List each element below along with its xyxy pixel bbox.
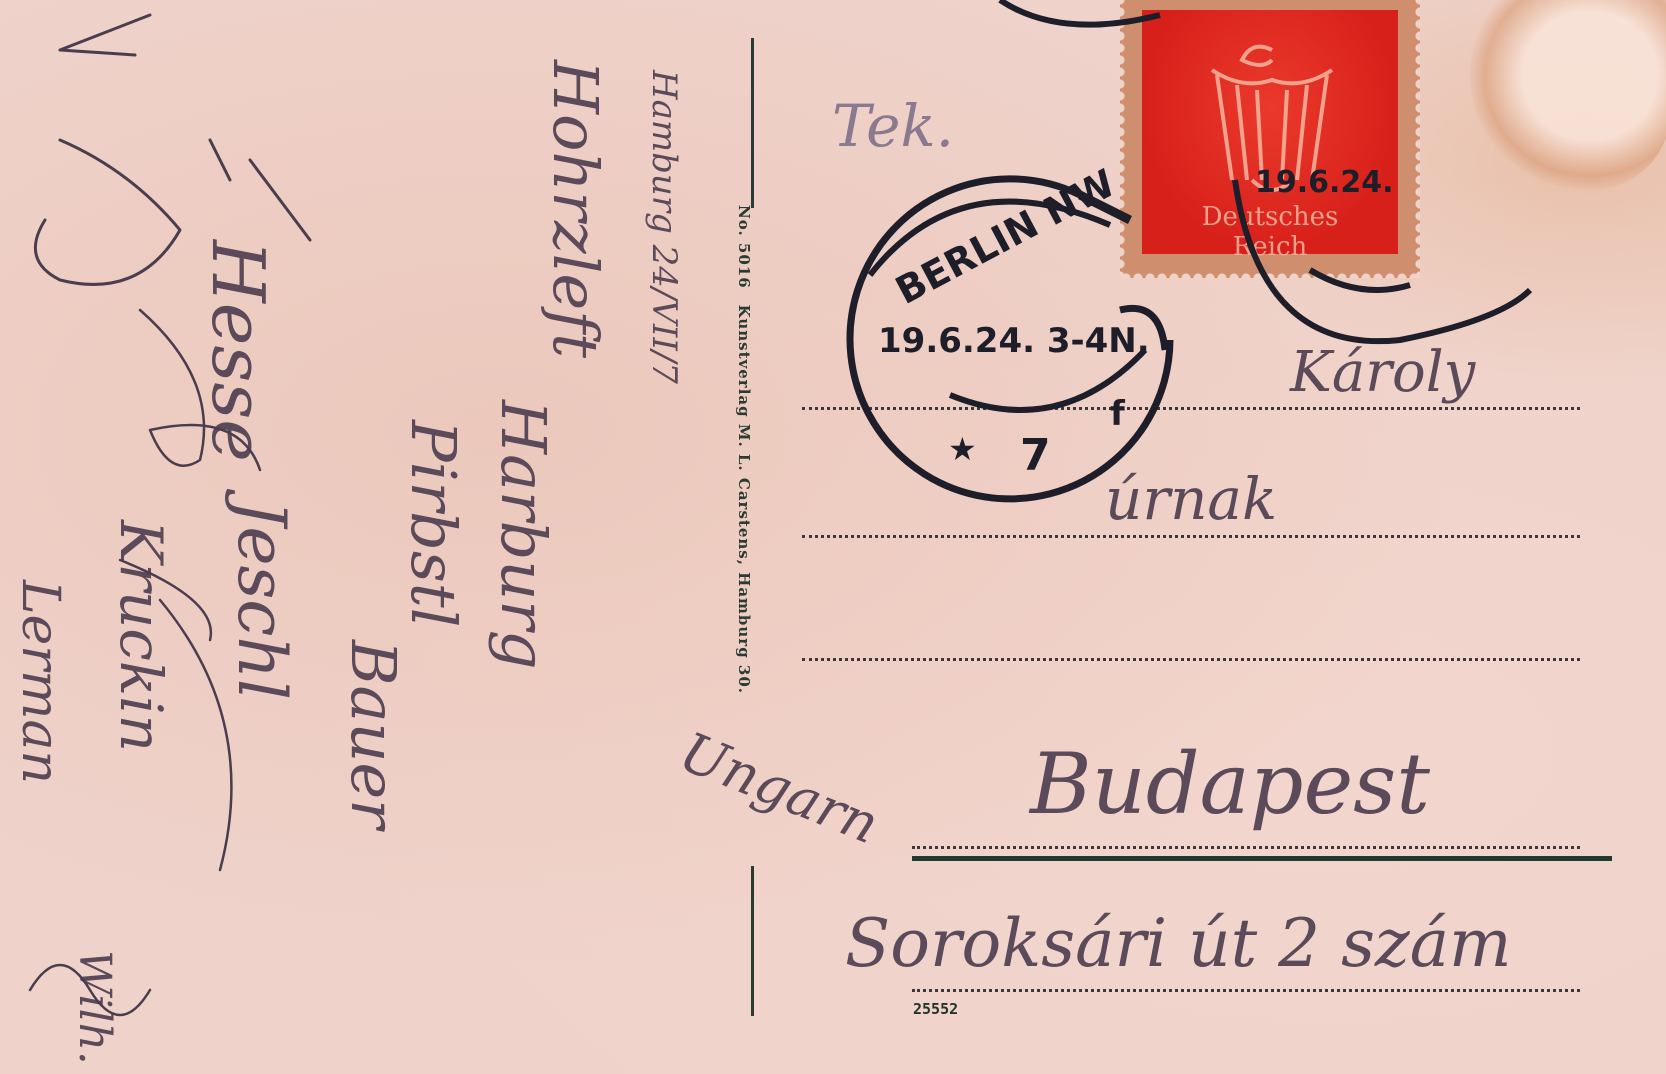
star-icon: ★: [948, 430, 977, 468]
postcard-back: Hamburg 24/VII/7 Hohrzleft Harburg Pirbs…: [0, 0, 1666, 1074]
address-street: Soroksári út 2 szám: [845, 905, 1512, 982]
postmark-city: BERLIN NW: [888, 161, 1122, 313]
address-line2: úrnak: [1105, 465, 1277, 533]
address-salutation: Tek.: [832, 92, 954, 160]
postmark-date: 19.6.24. 3-4N.: [878, 321, 1150, 361]
postmark-letter: f: [1110, 394, 1126, 434]
postmark-office: 7: [1020, 430, 1051, 481]
stamp-cancel-date: 19.6.24.: [1255, 165, 1394, 200]
address-name: Károly: [1290, 340, 1475, 405]
address-city: Budapest: [1030, 735, 1430, 833]
